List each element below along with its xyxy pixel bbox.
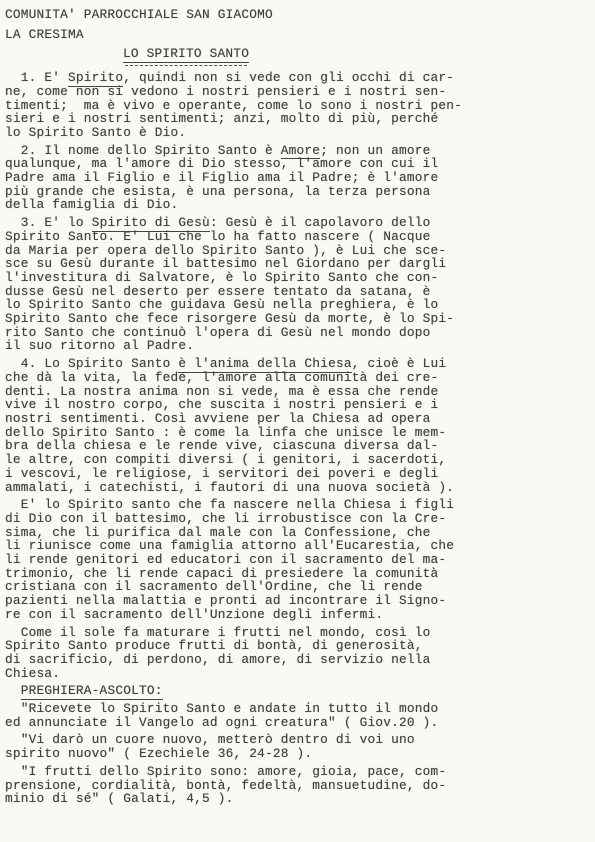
text-line: "I frutti dello Spirito sono: amore, gio… [5,765,587,779]
text-line: che dà la vita, la fede, l'amore alla co… [5,371,587,385]
header-subtitle: LA CRESIMA [5,28,587,42]
underlined-text: PREGHIERA-ASCOLTO: [21,683,163,700]
text-line: di Dio con il battesimo, che li irrobust… [5,512,587,526]
text-line: più grande che esista, è una persona, la… [5,185,587,199]
text-line: pazienti nella malattia e pronti ad inco… [5,594,587,608]
text-line: li riunisce come una famiglia attorno al… [5,539,587,553]
text-line: trimonio, che li rende capaci di presied… [5,567,587,581]
text-line: Spirito Santo. E' Lui che lo ha fatto na… [5,230,587,244]
paragraph-6-frutti: Come il sole fa maturare i frutti nel mo… [5,626,587,681]
text-segment: re con il sacramento dell'Unzione degli … [5,607,383,622]
text-line: qualunque, ma l'amore di Dio stesso, l'a… [5,157,587,171]
text-line: 4. Lo Spirito Santo è l'anima della Chie… [5,357,587,371]
text-line: E' lo Spirito santo che fa nascere nella… [5,498,587,512]
paragraph-1-spirito: 1. E' Spirito, quindi non si vede con gl… [5,71,587,140]
text-segment: spirito nuovo" ( Ezechiele 36, 24-28 ). [5,746,312,761]
text-line: cristiana con il sacramento dell'Ordine,… [5,580,587,594]
text-line: i vescovi, le religiose, i servitori dei… [5,467,587,481]
text-segment: ammalati, i catechisti, i fautori di una… [5,480,454,495]
paragraph-5-sacramenti: E' lo Spirito santo che fa nascere nella… [5,498,587,621]
text-line: dello Spirito Santo : è come la linfa ch… [5,426,587,440]
text-line: ammalati, i catechisti, i fautori di una… [5,481,587,495]
text-line: prensione, cordialità, bontà, fedeltà, m… [5,779,587,793]
text-line: l'investitura di Salvatore, è lo Spirito… [5,271,587,285]
section-heading-preghiera-ascolto: PREGHIERA-ASCOLTO: [5,684,587,698]
text-line: spirito nuovo" ( Ezechiele 36, 24-28 ). [5,747,587,761]
quote-giovanni: "Ricevete lo Spirito Santo e andate in t… [5,702,587,729]
text-line: il suo ritorno al Padre. [5,339,587,353]
text-line: "Ricevete lo Spirito Santo e andate in t… [5,702,587,716]
text-line: lo Spirito Santo è Dio. [5,126,587,140]
text-line: nostri sentimenti. Così avviene per la C… [5,412,587,426]
text-line: sieri e i nostri sentimenti; anzi, molto… [5,112,587,126]
paragraph-3-spirito-di-gesu: 3. E' lo Spirito di Gesù: Gesù è il capo… [5,216,587,353]
text-line: re con il sacramento dell'Unzione degli … [5,608,587,622]
text-line: della famiglia di Dio. [5,198,587,212]
text-line: Spirito Santo produce frutti di bontà, d… [5,639,587,653]
text-line: sce su Gesù durante il battesimo nel Gio… [5,257,587,271]
text-line: 2. Il nome dello Spirito Santo è Amore; … [5,144,587,158]
document-body: 1. E' Spirito, quindi non si vede con gl… [5,71,587,806]
text-line: da Maria per opera dello Spirito Santo )… [5,244,587,258]
text-segment: minio di sé" ( Galati, 4,5 ). [5,791,234,806]
scanned-document-page: COMUNITA' PARROCCHIALE SAN GIACOMO LA CR… [0,0,595,842]
text-line: di sacrificio, di perdono, di amore, di … [5,653,587,667]
text-line: "Vi darò un cuore nuovo, metterò dentro … [5,733,587,747]
text-line: Chiesa. [5,667,587,681]
document-header: COMUNITA' PARROCCHIALE SAN GIACOMO LA CR… [5,8,587,41]
text-line: rito Santo che continuò l'opera di Gesù … [5,326,587,340]
text-line: vive il nostro corpo, che suscita i nost… [5,398,587,412]
header-community-name: COMUNITA' PARROCCHIALE SAN GIACOMO [5,8,587,22]
text-segment [5,683,21,698]
text-line: lo Spirito Santo che guidava Gesù nella … [5,298,587,312]
text-line: denti. La nostra anima non si vede, ma è… [5,385,587,399]
text-line: dusse Gesù nel deserto per essere tentat… [5,285,587,299]
text-segment: lo Spirito Santo è Dio. [5,125,186,140]
text-line: Padre ama il Figlio e il Figlio ama il P… [5,171,587,185]
text-line: le altre, con compiti diversi ( i genito… [5,453,587,467]
paragraph-4-anima-della-chiesa: 4. Lo Spirito Santo è l'anima della Chie… [5,357,587,494]
text-line: ne, come non si vedono i nostri pensieri… [5,85,587,99]
text-line: bra della chiesa e le rende vive, ciascu… [5,439,587,453]
text-segment: Chiesa. [5,666,60,681]
text-line: sima, che li purifica dal male con la Co… [5,526,587,540]
text-line: Come il sole fa maturare i frutti nel mo… [5,626,587,640]
quote-ezechiele: "Vi darò un cuore nuovo, metterò dentro … [5,733,587,760]
text-line: li rende genitori ed educatori con il sa… [5,553,587,567]
paragraph-2-amore: 2. Il nome dello Spirito Santo è Amore; … [5,144,587,213]
text-line: Spirito Santo che fece risorgere Gesù da… [5,312,587,326]
text-line: PREGHIERA-ASCOLTO: [5,684,587,698]
document-title: LO SPIRITO SANTO [123,47,587,63]
text-segment: della famiglia di Dio. [5,197,178,212]
text-line: timenti; ma è vivo e operante, come lo s… [5,99,587,113]
text-line: ed annunciate il Vangelo ad ogni creatur… [5,716,587,730]
text-line: minio di sé" ( Galati, 4,5 ). [5,792,587,806]
text-line: 1. E' Spirito, quindi non si vede con gl… [5,71,587,85]
text-segment: il suo ritorno al Padre. [5,338,194,353]
quote-galati: "I frutti dello Spirito sono: amore, gio… [5,765,587,806]
document-title-text: LO SPIRITO SANTO [123,47,249,63]
text-segment: di sacrificio, di perdono, di amore, di … [5,652,431,667]
text-segment: ed annunciate il Vangelo ad ogni creatur… [5,715,438,730]
text-line: 3. E' lo Spirito di Gesù: Gesù è il capo… [5,216,587,230]
